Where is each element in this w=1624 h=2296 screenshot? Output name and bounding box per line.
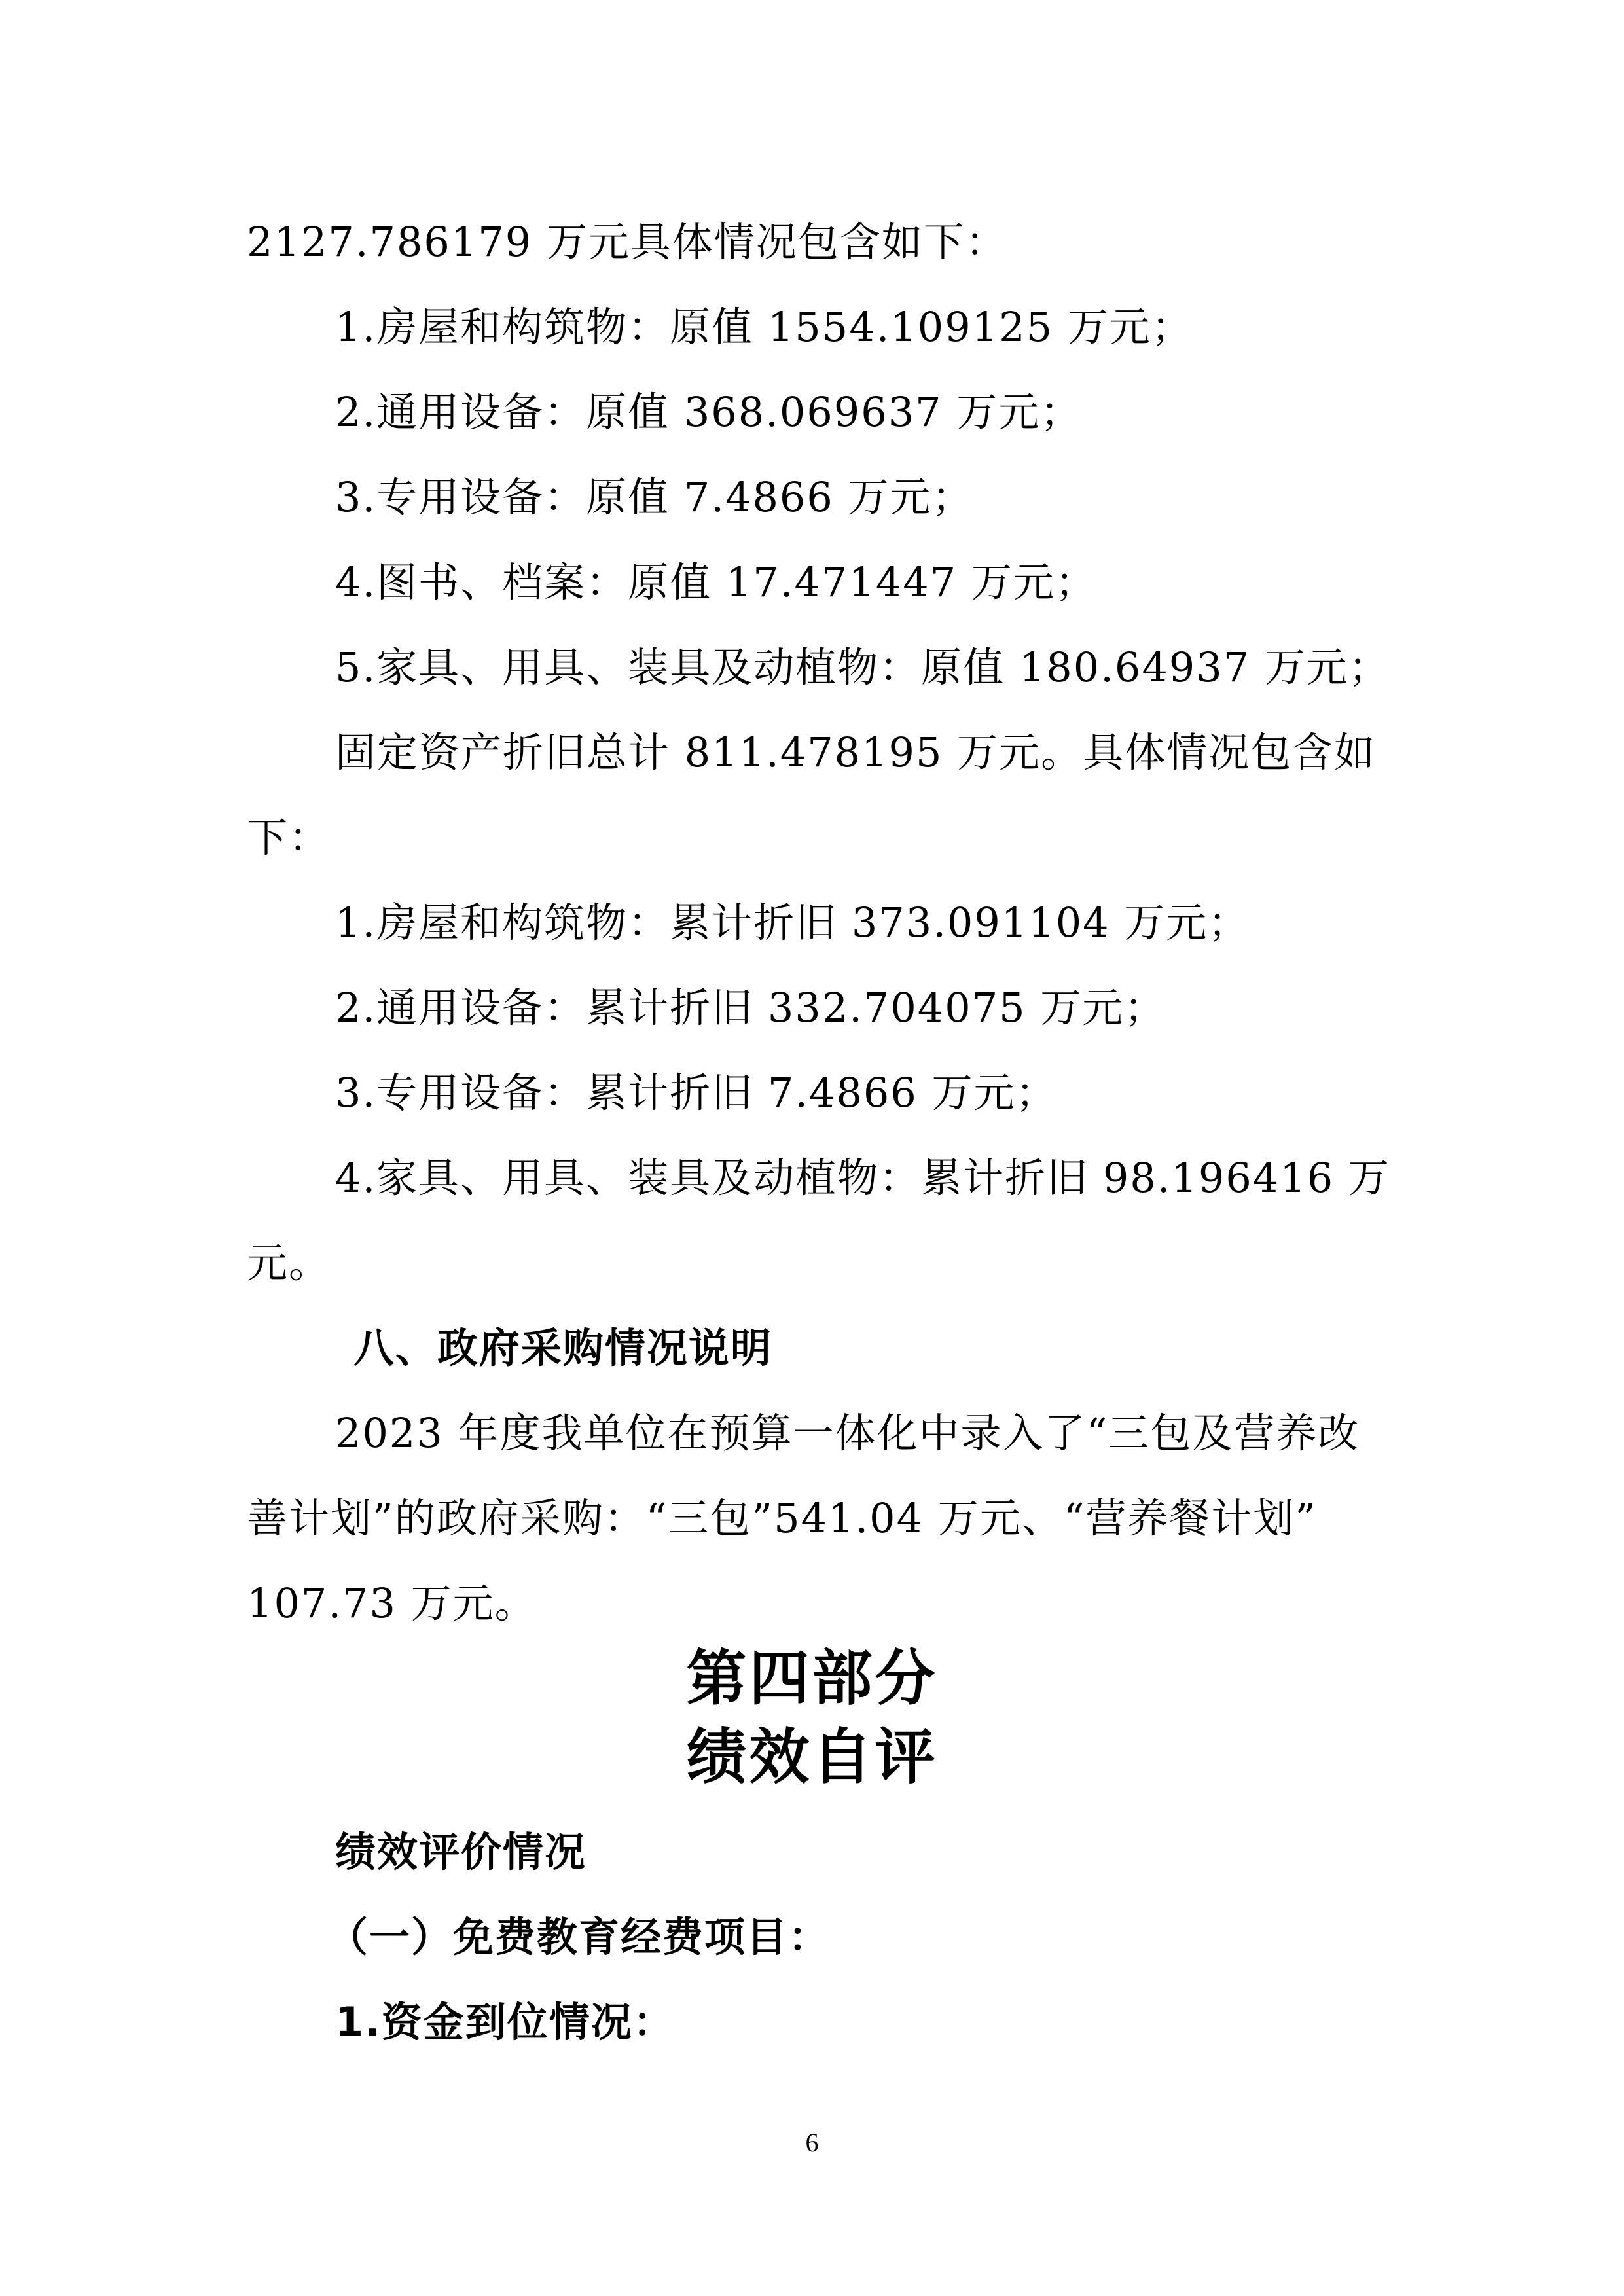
- text-line-asset-total-continuation: 2127.786179 万元具体情况包含如下：: [247, 216, 1007, 268]
- part-title-line-2: 绩效自评: [0, 1721, 1624, 1793]
- text-line-original-value-furniture: 5.家具、用具、装具及动植物：原值 180.64937 万元；: [335, 641, 1390, 694]
- text-line-depreciation-total-continuation: 下：: [247, 812, 331, 864]
- paragraph-procurement-line-3: 107.73 万元。: [247, 1577, 537, 1630]
- text-line-depreciation-general-equipment: 2.通用设备：累计折旧 332.704075 万元；: [335, 982, 1166, 1034]
- item-heading-free-education-funds: （一）免费教育经费项目：: [327, 1911, 830, 1964]
- text-line-original-value-books-archives: 4.图书、档案：原值 17.471447 万元；: [335, 556, 1097, 609]
- text-line-depreciation-total: 固定资产折旧总计 811.478195 万元。具体情况包含如: [335, 726, 1376, 779]
- paragraph-procurement-line-2: 善计划”的政府采购：“三包”541.04 万元、“营养餐计划”: [247, 1492, 1317, 1545]
- text-line-original-value-general-equipment: 2.通用设备：原值 368.069637 万元；: [335, 386, 1082, 439]
- text-line-depreciation-buildings: 1.房屋和构筑物：累计折旧 373.091104 万元；: [335, 897, 1250, 949]
- text-line-depreciation-furniture-continuation: 元。: [247, 1237, 331, 1289]
- document-page: 2127.786179 万元具体情况包含如下： 1.房屋和构筑物：原值 1554…: [0, 0, 1624, 2296]
- paragraph-procurement-line-1: 2023 年度我单位在预算一体化中录入了“三包及营养改: [335, 1407, 1360, 1460]
- page-number: 6: [0, 2127, 1624, 2158]
- sub-item-funds-in-place: 1.资金到位情况：: [335, 1996, 675, 2049]
- section-heading-government-procurement: 八、政府采购情况说明: [353, 1322, 772, 1374]
- text-line-original-value-special-equipment: 3.专用设备：原值 7.4866 万元；: [335, 471, 974, 524]
- text-line-depreciation-furniture: 4.家具、用具、装具及动植物：累计折旧 98.196416 万: [335, 1152, 1390, 1204]
- subheading-performance-evaluation: 绩效评价情况: [335, 1826, 586, 1878]
- text-line-depreciation-special-equipment: 3.专用设备：累计折旧 7.4866 万元；: [335, 1067, 1058, 1119]
- text-line-original-value-buildings: 1.房屋和构筑物：原值 1554.109125 万元；: [335, 301, 1193, 353]
- part-title-line-1: 第四部分: [0, 1643, 1624, 1715]
